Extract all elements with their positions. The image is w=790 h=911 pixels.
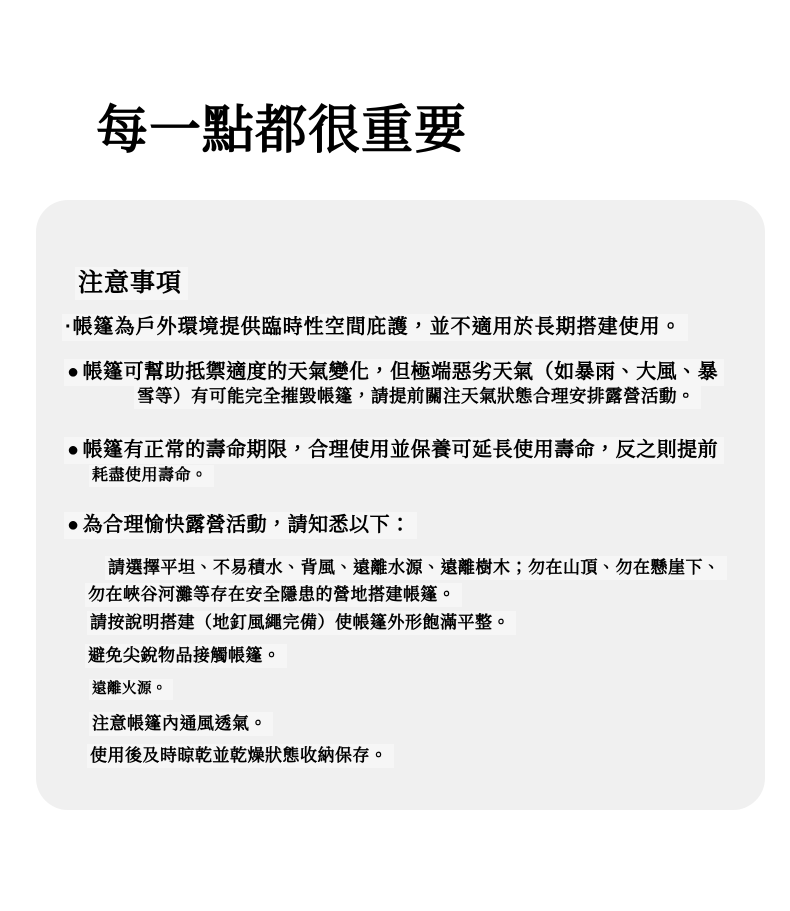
middot-marker: · (65, 316, 73, 339)
bullet-weather-line-2-text: 雪等）有可能完全摧毀帳篷，請提前關注天氣狀態合理安排露營活動。 (134, 384, 701, 409)
tip-site-selection-line-1: 請選擇平坦、不易積水、背風、遠離水源、遠離樹木；勿在山頂、勿在懸崖下、 (108, 558, 721, 578)
bullet-dot-icon: ● (67, 361, 80, 384)
tip-site-selection-line-1-text: 請選擇平坦、不易積水、背風、遠離水源、遠離樹木；勿在山頂、勿在懸崖下、 (105, 556, 727, 580)
tip-ventilation: 注意帳篷內通風透氣。 (92, 714, 267, 734)
tip-site-selection-line-2: 勿在峽谷河灘等存在安全隱患的營地搭建帳篷。 (88, 585, 456, 605)
notice-card: 注意事項 ·帳篷為戶外環境提供臨時性空間庇護，並不適用於長期搭建使用。 ●帳篷可… (36, 200, 765, 810)
notice-heading: 注意事項 (78, 269, 182, 298)
page: 每一點都很重要 注意事項 ·帳篷為戶外環境提供臨時性空間庇護，並不適用於長期搭建… (0, 0, 790, 911)
tip-dry-storage: 使用後及時晾乾並乾燥狀態收納保存。 (90, 746, 388, 766)
tip-site-selection-line-2-text: 勿在峽谷河灘等存在安全隱患的營地搭建帳篷。 (85, 583, 462, 607)
tip-fire-sources-text: 遠離火源。 (89, 679, 173, 700)
bullet-camping-intro: ●為合理愉快露營活動，請知悉以下： (67, 514, 411, 537)
bullet-lifespan-line-2: 耗盡使用壽命。 (92, 467, 208, 485)
bullet-dot-icon: ● (67, 439, 80, 462)
tip-fire-sources: 遠離火源。 (92, 681, 167, 698)
bullet-weather-line-1-text: 帳篷可幫助抵禦適度的天氣變化，但極端惡劣天氣（如暴雨、大風、暴 (83, 361, 719, 383)
bullet-weather-line-2: 雪等）有可能完全摧毀帳篷，請提前關注天氣狀態合理安排露營活動。 (137, 386, 695, 406)
page-title: 每一點都很重要 (96, 103, 467, 160)
bullet-dot-icon: ● (67, 514, 80, 537)
bullet-lifespan-line-1: ●帳篷有正常的壽命期限，合理使用並保養可延長使用壽命，反之則提前 (67, 439, 718, 462)
tip-dry-storage-text: 使用後及時晾乾並乾燥狀態收納保存。 (87, 744, 394, 768)
bullet-camping-intro-text: 為合理愉快露營活動，請知悉以下： (83, 514, 411, 536)
bullet-lifespan-line-1-text: 帳篷有正常的壽命期限，合理使用並保養可延長使用壽命，反之則提前 (83, 439, 719, 461)
bullet-lifespan-line-2-text: 耗盡使用壽命。 (89, 465, 214, 487)
notice-intro: ·帳篷為戶外環境提供臨時性空間庇護，並不適用於長期搭建使用。 (65, 316, 682, 339)
tip-setup-instructions-text: 請按說明搭建（地釘風繩完備）使帳篷外形飽滿平整。 (87, 611, 516, 635)
tip-setup-instructions: 請按說明搭建（地釘風繩完備）使帳篷外形飽滿平整。 (90, 613, 510, 633)
bullet-weather-line-1: ●帳篷可幫助抵禦適度的天氣變化，但極端惡劣天氣（如暴雨、大風、暴 (67, 361, 718, 384)
tip-ventilation-text: 注意帳篷內通風透氣。 (89, 712, 273, 736)
tip-sharp-objects: 避免尖銳物品接觸帳篷。 (88, 646, 281, 666)
tip-sharp-objects-text: 避免尖銳物品接觸帳篷。 (85, 644, 287, 668)
notice-heading-text: 注意事項 (75, 267, 188, 300)
notice-intro-text: 帳篷為戶外環境提供臨時性空間庇護，並不適用於長期搭建使用。 (73, 316, 682, 338)
